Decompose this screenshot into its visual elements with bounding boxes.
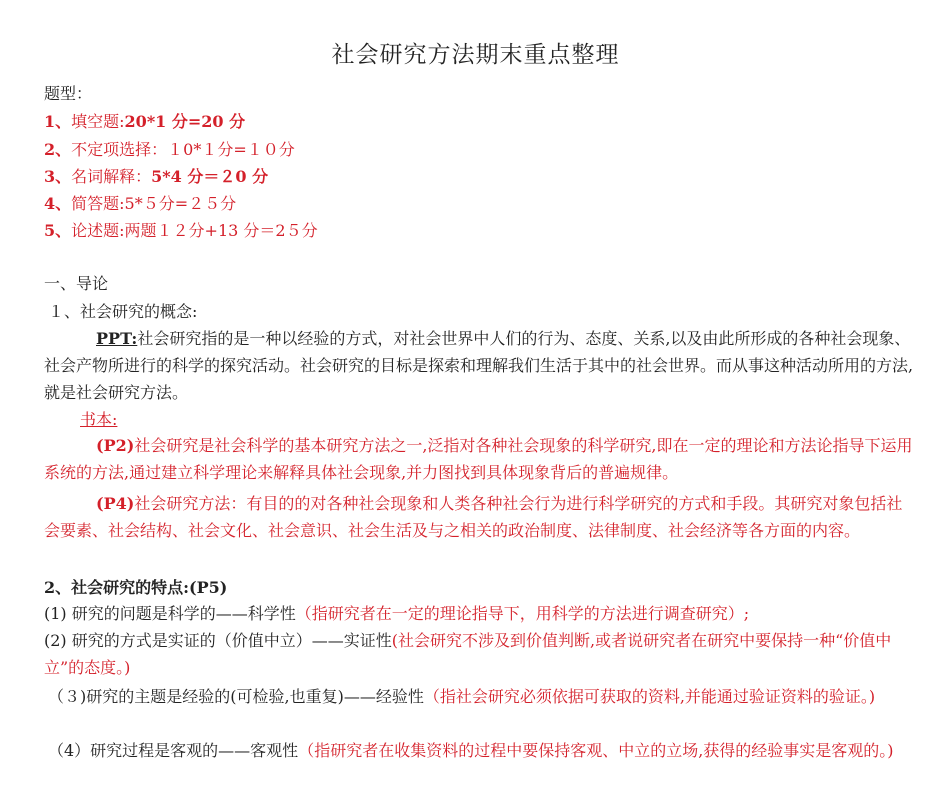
- subsection-heading-concept: １、社会研究的概念:: [48, 302, 197, 322]
- ppt-label: PPT:: [96, 329, 137, 348]
- item-number: 3、: [44, 167, 71, 186]
- question-type-3: 3、名词解释：5*4 分＝２0 分: [44, 167, 268, 187]
- feature-lead: (2) 研究的方式是实证的（价值中立）——实证性: [44, 631, 392, 650]
- item-score: 两题１２分+13 分＝2５分: [125, 221, 318, 240]
- feature-note: （指研究者在一定的理论指导下，用科学的方法进行调查研究）;: [296, 604, 749, 623]
- feature-lead: （３)研究的主题是经验的(可检验,也重复)——经验性: [48, 687, 424, 706]
- feature-lead: (1) 研究的问题是科学的——科学性: [44, 604, 296, 623]
- feature-item-2: (2) 研究的方式是实证的（价值中立）——实证性(社会研究不涉及到价值判断,或者…: [44, 627, 914, 681]
- item-number: 5、: [44, 221, 71, 240]
- question-type-2: 2、不定项选择：１0*１分=１０分: [44, 140, 295, 160]
- feature-item-3: （３)研究的主题是经验的(可检验,也重复)——经验性（指社会研究必须依据可获取的…: [48, 683, 918, 710]
- item-score: 20*1 分=20 分: [125, 112, 246, 131]
- item-number: 4、: [44, 194, 71, 213]
- question-types-heading: 题型：: [44, 84, 92, 104]
- item-label: 不定项选择：: [71, 140, 167, 159]
- page-ref-p4: (P4): [96, 494, 134, 513]
- feature-lead: （4）研究过程是客观的——客观性: [48, 741, 298, 760]
- item-number: 2、: [44, 140, 71, 159]
- book-p2-definition: (P2)社会研究是社会科学的基本研究方法之一,泛指对各种社会现象的科学研究,即在…: [44, 432, 914, 486]
- feature-note: （指研究者在收集资料的过程中要保持客观、中立的立场,获得的经验事实是客观的。): [298, 741, 893, 760]
- question-type-4: 4、简答题:5*５分=２５分: [44, 194, 236, 214]
- feature-note: （指社会研究必须依据可获取的资料,并能通过验证资料的验证。): [424, 687, 875, 706]
- book-label: 书本:: [80, 410, 117, 430]
- item-label: 论述题:: [71, 221, 124, 240]
- ppt-definition: PPT:社会研究指的是一种以经验的方式，对社会世界中人们的行为、态度、关系,以及…: [44, 325, 914, 406]
- item-label: 简答题:: [71, 194, 124, 213]
- p4-text: 社会研究方法：有目的的对各种社会现象和人类各种社会行为进行科学研究的方式和手段。…: [44, 494, 902, 540]
- feature-item-4: （4）研究过程是客观的——客观性（指研究者在收集资料的过程中要保持客观、中立的立…: [48, 737, 918, 764]
- item-score: １0*１分=１０分: [167, 140, 295, 159]
- item-score: 5*５分=２５分: [125, 194, 237, 213]
- item-number: 1、: [44, 112, 71, 131]
- document-page: 社会研究方法期末重点整理 题型： 1、填空题:20*1 分=20 分 2、不定项…: [0, 0, 951, 791]
- item-label: 名词解释：: [71, 167, 151, 186]
- question-type-5: 5、论述题:两题１２分+13 分＝2５分: [44, 221, 318, 241]
- section-heading-intro: 一、导论: [44, 274, 108, 294]
- item-label: 填空题:: [71, 112, 124, 131]
- question-type-1: 1、填空题:20*1 分=20 分: [44, 112, 245, 132]
- page-title: 社会研究方法期末重点整理: [0, 36, 951, 69]
- book-p4-definition: (P4)社会研究方法：有目的的对各种社会现象和人类各种社会行为进行科学研究的方式…: [44, 490, 914, 544]
- page-ref-p2: (P2): [96, 436, 134, 455]
- subsection-heading-features: 2、社会研究的特点:(P5): [44, 578, 227, 598]
- ppt-text: 社会研究指的是一种以经验的方式，对社会世界中人们的行为、态度、关系,以及由此所形…: [44, 329, 913, 402]
- item-score: 5*4 分＝２0 分: [151, 167, 268, 186]
- p2-text: 社会研究是社会科学的基本研究方法之一,泛指对各种社会现象的科学研究,即在一定的理…: [44, 436, 913, 482]
- feature-item-1: (1) 研究的问题是科学的——科学性（指研究者在一定的理论指导下，用科学的方法进…: [44, 600, 914, 627]
